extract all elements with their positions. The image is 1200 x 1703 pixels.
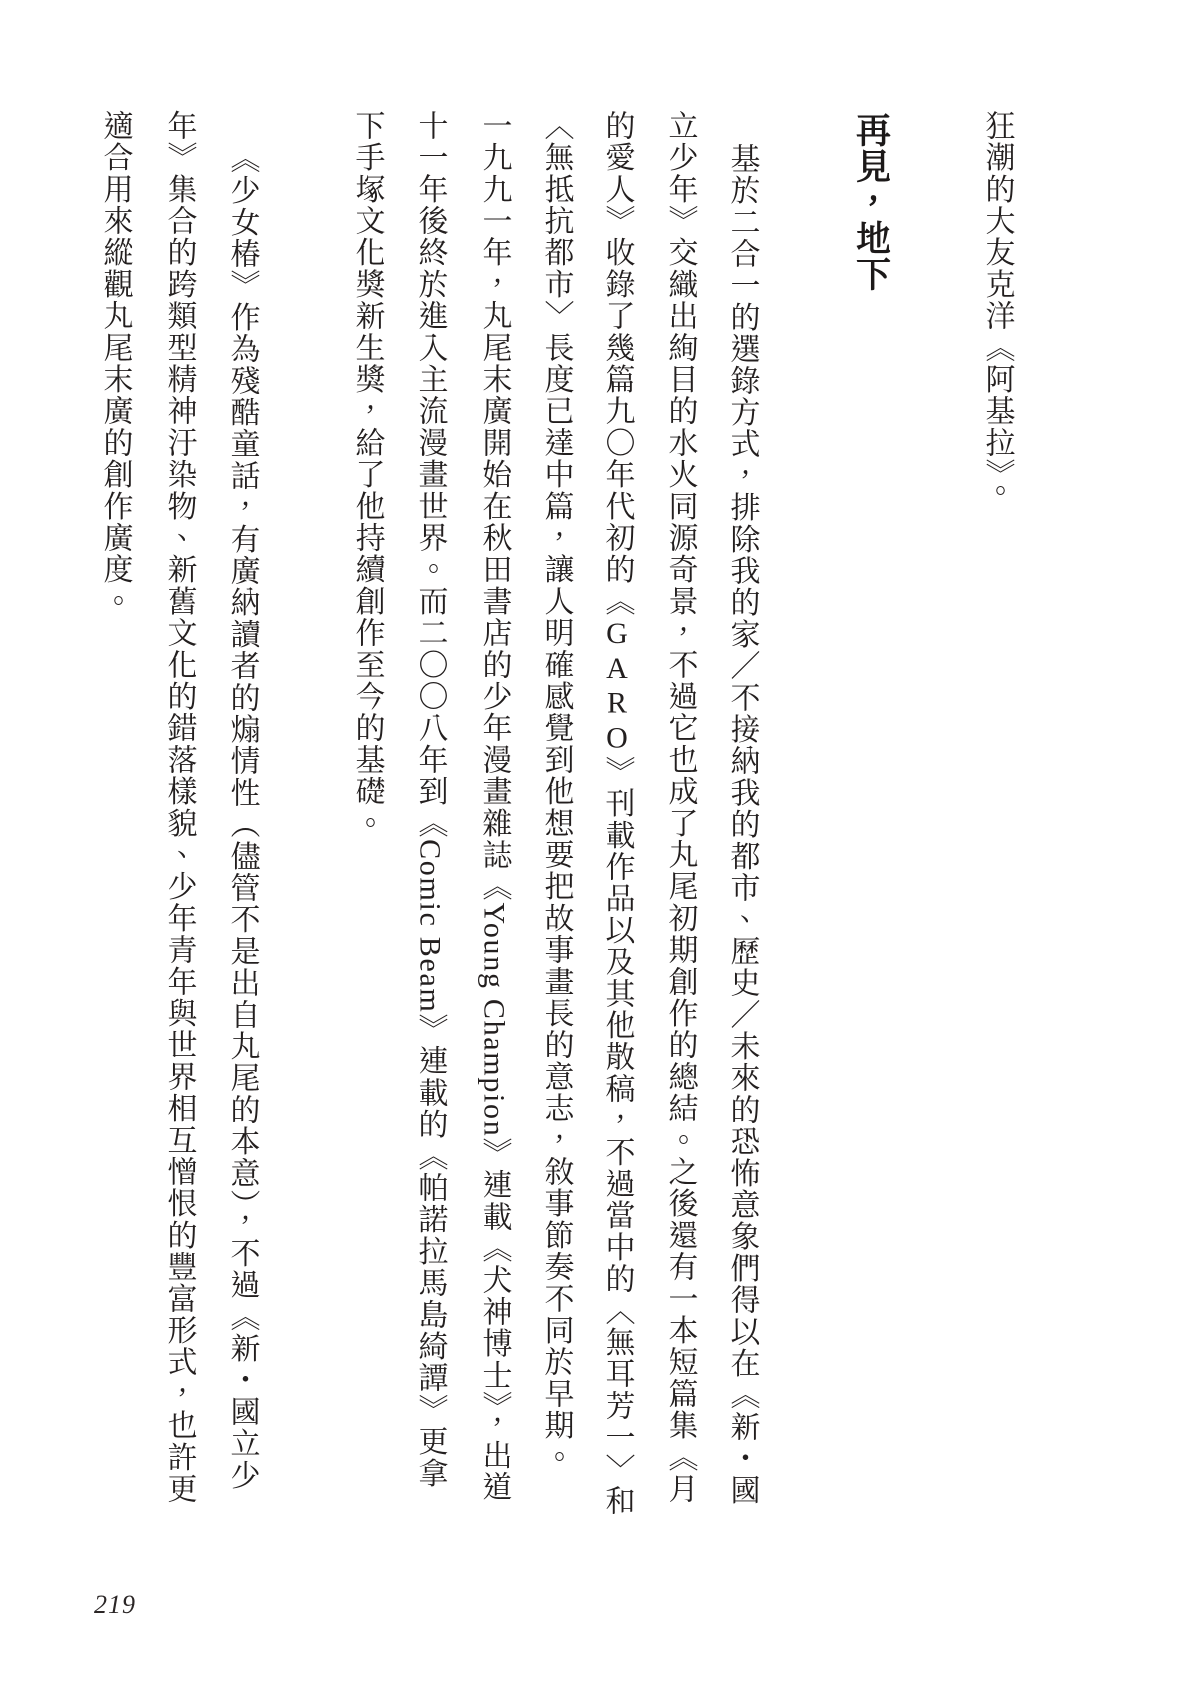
section-heading: 再見，地下 bbox=[851, 112, 890, 712]
text-column: 的愛人》收錄了幾篇九〇年代初的《GARO》刊載作品以及其他散稿，不過當中的〈無耳… bbox=[601, 110, 633, 1655]
text-column: 立少年》交織出絢目的水火同源奇景，不過它也成了丸尾初期創作的總結。之後還有一本短… bbox=[664, 110, 696, 1655]
text-column: 基於二合一的選錄方式，排除我的家／不接納我的都市、歷史／未來的恐怖意象們得以在《… bbox=[726, 143, 758, 1655]
text-column: 適合用來縱觀丸尾末廣的創作廣度。 bbox=[99, 110, 131, 1655]
text-column: 一九九一年，丸尾末廣開始在秋田書店的少年漫畫雜誌《Young Champion》… bbox=[478, 110, 510, 1655]
text-column: 十一年後終於進入主流漫畫世界。而二〇〇八年到《Comic Beam》連載的《帕諾… bbox=[414, 110, 446, 1655]
continuation-line: 狂潮的大友克洋《阿基拉》。 bbox=[981, 110, 1013, 1655]
page-number: 219 bbox=[94, 1590, 136, 1620]
text-column: 《少女椿》作為殘酷童話，有廣納讀者的煽情性（儘管不是出自丸尾的本意），不過《新・… bbox=[226, 143, 258, 1655]
book-page: 狂潮的大友克洋《阿基拉》。 再見，地下 基於二合一的選錄方式，排除我的家／不接納… bbox=[0, 0, 1200, 1703]
text-column: 〈無抵抗都市〉長度已達中篇，讓人明確感覺到他想要把故事畫長的意志，敘事節奏不同於… bbox=[540, 110, 572, 1655]
text-column: 年》集合的跨類型精神汙染物、新舊文化的錯落樣貌、少年青年與世界相互憎恨的豐富形式… bbox=[163, 110, 195, 1655]
text-column: 下手塚文化獎新生獎，給了他持續創作至今的基礎。 bbox=[351, 110, 383, 1655]
